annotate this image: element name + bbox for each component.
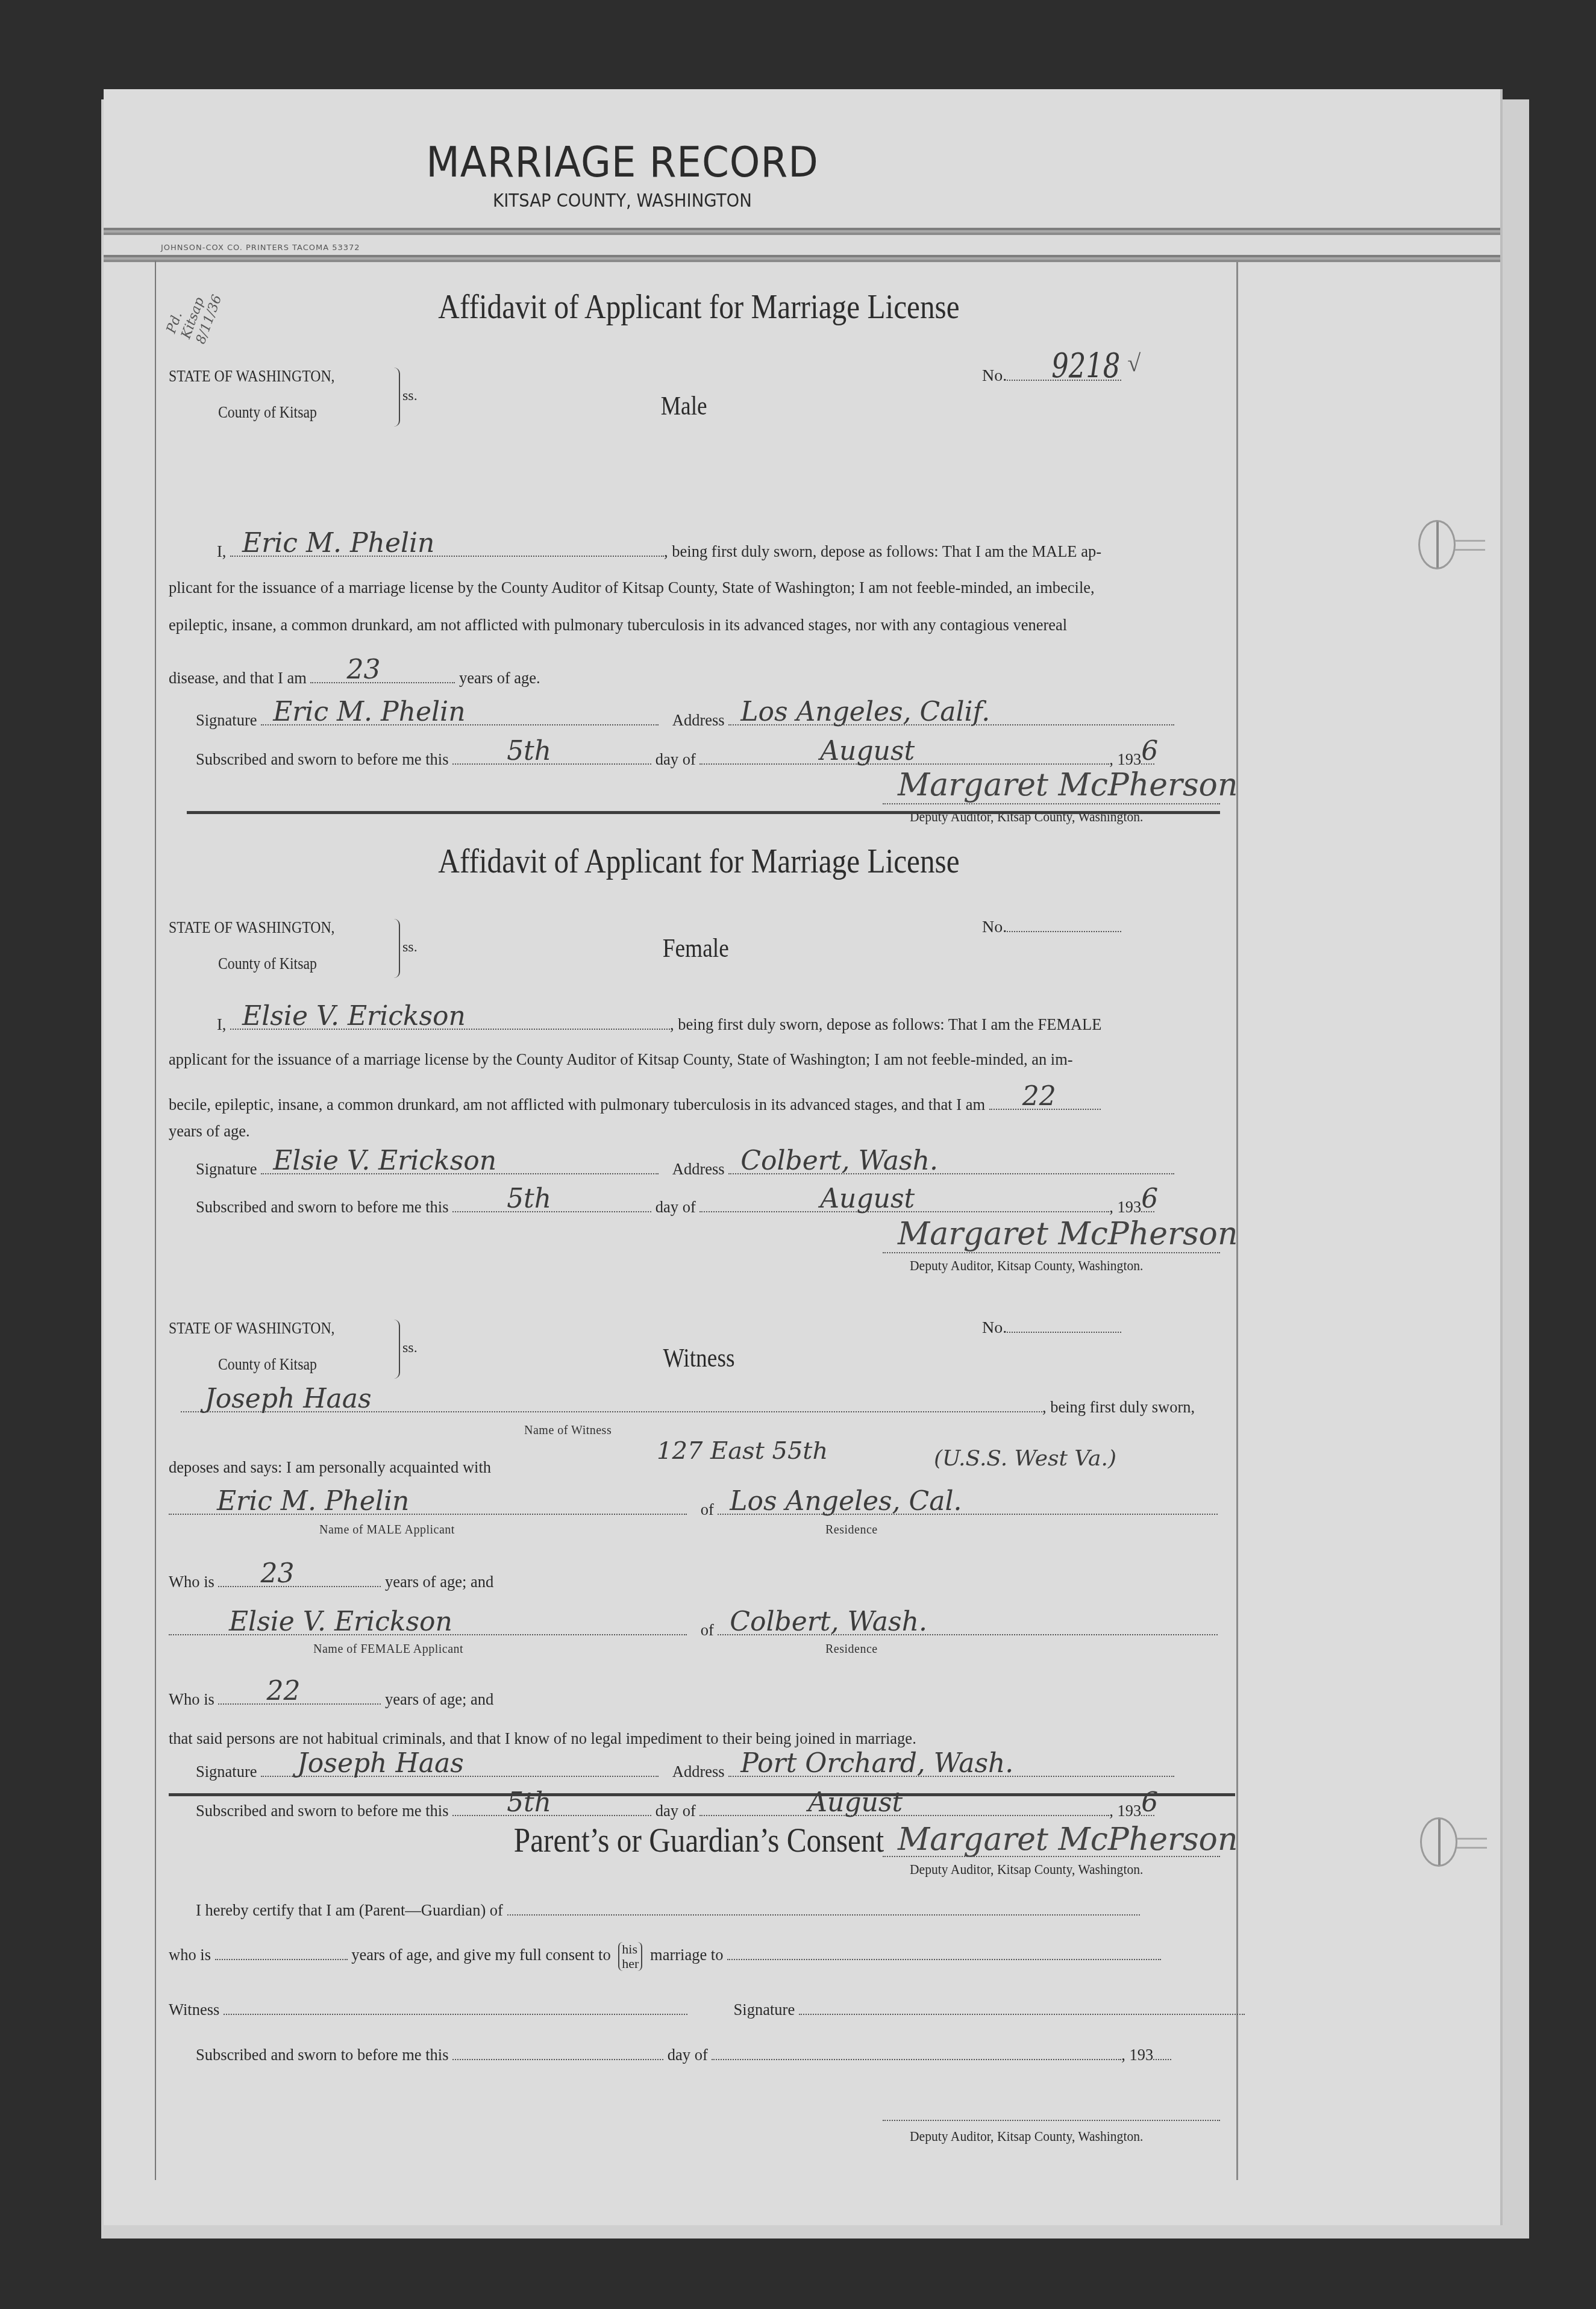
female-signature-value: Elsie V. Erickson (273, 1148, 496, 1174)
deputy-signature-line[interactable] (883, 803, 1220, 804)
brace (392, 919, 400, 978)
witness-female-age-value: 22 (266, 1678, 300, 1705)
binding-ring-icon (1420, 1817, 1457, 1867)
county-label: County of Kitsap (218, 954, 317, 974)
signature-label: Signature (196, 1762, 257, 1781)
address-label: Address (672, 711, 725, 729)
marriage-record-page: MARRIAGE RECORD KITSAP COUNTY, WASHINGTO… (104, 89, 1503, 2225)
male-address-field[interactable]: Los Angeles, Calif. (728, 710, 1174, 725)
residence-caption: Residence (825, 1643, 878, 1656)
body-text: applicant for the issuance of a marriage… (169, 1049, 1229, 1070)
who-is-label: Who is (169, 1690, 214, 1708)
residence-caption: Residence (825, 1523, 878, 1537)
male-signature-value: Eric M. Phelin (273, 699, 465, 725)
witness-male-residence-field[interactable]: Los Angeles, Cal. (718, 1499, 1218, 1515)
witness-name-caption: Name of Witness (524, 1424, 612, 1438)
license-number-value: 9218 (1051, 349, 1120, 383)
female-year-field[interactable]: 6 (1141, 1197, 1154, 1212)
day-of-label: day of (656, 750, 696, 768)
ss-label: ss. (402, 1338, 418, 1358)
binding-ring-stem (1457, 1838, 1487, 1849)
consent-sworn-day-field[interactable] (452, 2044, 663, 2060)
body-text: , being first duly sworn, depose as foll… (670, 1015, 1101, 1033)
license-number-input[interactable] (1007, 1321, 1121, 1333)
female-name-value: Elsie V. Erickson (242, 1003, 466, 1030)
printer-mark: JOHNSON-COX CO. PRINTERS TACOMA 53372 (161, 243, 360, 252)
intro-text: I, (217, 542, 226, 560)
left-margin-rule (155, 261, 156, 2180)
signature-label: Signature (196, 1160, 257, 1178)
years-and-label: years of age; and (385, 1690, 493, 1708)
year-prefix: , 193 (1109, 750, 1141, 768)
page-subtitle: KITSAP COUNTY, WASHINGTON (0, 190, 1266, 211)
deputy-signature: Margaret McPherson (898, 767, 1238, 803)
witness-female-name-value: Elsie V. Erickson (229, 1609, 452, 1635)
body-text: I hereby certify that I am (Parent—Guard… (196, 1901, 503, 1919)
consent-age-field[interactable] (215, 1944, 348, 1960)
male-age-line: Who is 23 years of age; and (169, 1571, 1229, 1592)
subscribed-label: Subscribed and sworn to before me this (196, 750, 449, 768)
body-text: , being first duly sworn, depose as foll… (664, 542, 1101, 560)
license-number-field: No. (982, 1318, 1121, 1338)
subscribed-label: Subscribed and sworn to before me this (196, 1198, 449, 1216)
female-age-field[interactable]: 22 (989, 1094, 1101, 1110)
witness-name-value: Joseph Haas (205, 1386, 372, 1412)
female-age-line: becile, epileptic, insane, a common drun… (169, 1094, 1229, 1115)
male-name-line: I, Eric M. Phelin, being first duly swor… (169, 541, 1229, 562)
female-residence-value: Colbert, Wash. (730, 1609, 927, 1635)
ss-label: ss. (402, 937, 418, 957)
sworn-month-value: August (820, 738, 915, 765)
no-label: No. (982, 1318, 1007, 1337)
consent-line-3: Witness Signature (169, 1999, 1229, 2020)
female-address-value: Colbert, Wash. (740, 1148, 938, 1174)
female-sworn-line: Subscribed and sworn to before me this 5… (169, 1197, 1229, 1217)
binding-ring-stem (1455, 540, 1485, 551)
female-name-field[interactable]: Elsie V. Erickson (230, 1014, 670, 1030)
subscribed-label: Subscribed and sworn to before me this (196, 1802, 449, 1820)
witness-sworn-line: Subscribed and sworn to before me this 5… (169, 1800, 1229, 1821)
male-signature-line: Signature Eric M. Phelin Address Los Ang… (169, 710, 1229, 730)
witness-sworn-month-field[interactable]: August (699, 1800, 1109, 1816)
consent-signature-field[interactable] (799, 1999, 1245, 2015)
body-text: years of age. (169, 1121, 1229, 1141)
no-label: No. (982, 918, 1007, 936)
year-prefix: , 193 (1109, 1198, 1141, 1216)
female-name-line: I, Elsie V. Erickson, being first duly s… (169, 1014, 1229, 1035)
subscribed-label: Subscribed and sworn to before me this (196, 2046, 449, 2064)
witness-male-name-field[interactable]: Eric M. Phelin (169, 1499, 687, 1515)
male-signature-field[interactable]: Eric M. Phelin (261, 710, 659, 725)
consent-line-1: I hereby certify that I am (Parent—Guard… (169, 1900, 1229, 1920)
body-text: epileptic, insane, a common drunkard, am… (169, 615, 1229, 635)
title-block: MARRIAGE RECORD KITSAP COUNTY, WASHINGTO… (104, 89, 1503, 246)
female-signature-line: Signature Elsie V. Erickson Address Colb… (169, 1159, 1229, 1179)
female-age-value: 22 (1022, 1083, 1056, 1110)
county-label: County of Kitsap (218, 1355, 317, 1375)
male-sworn-month-field[interactable]: August (699, 749, 1109, 765)
header-rule-top (104, 228, 1503, 235)
state-label: STATE OF WASHINGTON, (169, 918, 335, 938)
her-option[interactable]: her (622, 1957, 639, 1971)
witness-signature-line: Signature Joseph Haas Address Port Orcha… (169, 1761, 1229, 1782)
witness-name-line: Joseph Haas, being first duly sworn, (169, 1397, 1229, 1417)
female-signature-field[interactable]: Elsie V. Erickson (261, 1159, 659, 1174)
witness-name-field[interactable]: Joseph Haas (181, 1397, 1042, 1412)
consent-child-name-field[interactable] (507, 1900, 1140, 1916)
year-digit-value: 6 (1141, 1186, 1158, 1212)
male-label: Male (661, 390, 707, 421)
state-label: STATE OF WASHINGTON, (169, 1318, 335, 1339)
intro-text: I, (217, 1015, 226, 1033)
his-option[interactable]: his (622, 1942, 639, 1957)
body-text: , being first duly sworn, (1042, 1398, 1195, 1416)
who-is-label: Who is (169, 1573, 214, 1591)
witness-signature-value: Joseph Haas (297, 1750, 464, 1777)
body-text: that said persons are not habitual crimi… (169, 1728, 1229, 1749)
male-name-value: Eric M. Phelin (242, 530, 434, 557)
address-label: Address (672, 1160, 725, 1178)
witness-label: Witness (169, 2000, 219, 2019)
male-sworn-line: Subscribed and sworn to before me this 5… (169, 749, 1229, 769)
male-age-value: 23 (346, 657, 380, 683)
license-number-field: No. (982, 918, 1121, 937)
witness-address-field[interactable]: Port Orchard, Wash. (728, 1761, 1174, 1777)
deputy-title: Deputy Auditor, Kitsap County, Washingto… (910, 1862, 1143, 1878)
body-text: plicant for the issuance of a marriage l… (169, 577, 1229, 598)
male-residence-value: Los Angeles, Cal. (730, 1488, 962, 1515)
of-label: of (701, 1621, 714, 1639)
witness-label: Witness (663, 1342, 735, 1373)
signature-label: Signature (196, 711, 257, 729)
female-age-line: Who is 22 years of age; and (169, 1689, 1229, 1709)
female-sworn-day-field[interactable]: 5th (452, 1197, 651, 1212)
male-section-title: Affidavit of Applicant for Marriage Lice… (233, 288, 1166, 327)
deputy-signature-line[interactable] (883, 1252, 1220, 1253)
male-address-value: Los Angeles, Calif. (740, 699, 990, 725)
year-prefix: , 193 (1121, 2046, 1153, 2064)
no-label: No. (982, 366, 1007, 385)
sworn-day-value: 5th (507, 1186, 551, 1212)
sworn-day-value: 5th (507, 738, 551, 765)
body-text: years of age, and give my full consent t… (351, 1946, 611, 1964)
section-divider (187, 811, 1220, 814)
deputy-title: Deputy Auditor, Kitsap County, Washingto… (910, 2129, 1143, 2145)
day-of-label: day of (656, 1802, 696, 1820)
consent-section-title: Parent’s or Guardian’s Consent (233, 1822, 1166, 1860)
header-rule-bottom (104, 255, 1503, 262)
male-name-field[interactable]: Eric M. Phelin (230, 541, 664, 557)
signature-label: Signature (734, 2000, 795, 2019)
sworn-month-value: August (820, 1186, 915, 1212)
of-label: of (701, 1500, 714, 1518)
consent-sworn-line: Subscribed and sworn to before me this d… (169, 2044, 1229, 2065)
page-title: MARRIAGE RECORD (0, 137, 1266, 187)
year-digit-value: 6 (1141, 738, 1158, 765)
consent-year-field[interactable] (1153, 2044, 1171, 2060)
consent-line-2: who is years of age, and give my full co… (169, 1942, 1229, 1971)
witness-male-name-value: Eric M. Phelin (217, 1488, 409, 1515)
witness-male-age-field[interactable]: 23 (218, 1571, 381, 1587)
male-age-line: disease, and that I am 23 years of age. (169, 668, 1229, 688)
license-number-input[interactable] (1007, 920, 1121, 932)
male-age-field[interactable]: 23 (310, 668, 455, 683)
brace (392, 368, 400, 427)
section-divider (169, 1793, 1235, 1796)
female-sworn-month-field[interactable]: August (699, 1197, 1109, 1212)
consent-spouse-field[interactable] (727, 1944, 1161, 1960)
consent-witness-field[interactable] (224, 1999, 687, 2015)
page-edge (1500, 89, 1503, 2225)
binding-ring-icon (1418, 520, 1456, 569)
female-address-field[interactable]: Colbert, Wash. (728, 1159, 1174, 1174)
witness-female-residence-field[interactable]: Colbert, Wash. (718, 1620, 1218, 1635)
female-label: Female (663, 933, 729, 963)
witness-signature-field[interactable]: Joseph Haas (261, 1761, 659, 1777)
male-applicant-caption: Name of MALE Applicant (319, 1523, 455, 1537)
years-and-label: years of age; and (385, 1573, 493, 1591)
witness-male-age-value: 23 (260, 1561, 294, 1587)
state-label: STATE OF WASHINGTON, (169, 366, 335, 387)
address-label: Address (672, 1762, 725, 1781)
his-her-selector[interactable]: hisher (618, 1942, 642, 1971)
deputy-signature: Margaret McPherson (898, 1216, 1238, 1252)
license-number-input[interactable]: 9218√ (1007, 369, 1121, 381)
body-text: becile, epileptic, insane, a common drun… (169, 1095, 985, 1114)
consent-sworn-month-field[interactable] (712, 2044, 1121, 2060)
check-mark-icon: √ (1127, 349, 1141, 377)
who-is-label: who is (169, 1946, 211, 1964)
body-text: marriage to (650, 1946, 723, 1964)
license-number-field: No.9218√ (982, 366, 1121, 386)
female-applicant-line: Elsie V. Erickson of Colbert, Wash. (169, 1620, 1229, 1640)
county-label: County of Kitsap (218, 403, 317, 423)
male-sworn-day-field[interactable]: 5th (452, 749, 651, 765)
witness-female-age-field[interactable]: 22 (218, 1689, 381, 1705)
witness-year-field[interactable]: 6 (1141, 1800, 1154, 1816)
female-section-title: Affidavit of Applicant for Marriage Lice… (233, 842, 1166, 881)
male-year-field[interactable]: 6 (1141, 749, 1154, 765)
deputy-title: Deputy Auditor, Kitsap County, Washingto… (910, 1258, 1143, 1274)
witness-address-value: Port Orchard, Wash. (740, 1750, 1013, 1777)
day-of-label: day of (668, 2046, 708, 2064)
witness-female-name-field[interactable]: Elsie V. Erickson (169, 1620, 687, 1635)
year-prefix: , 193 (1109, 1802, 1141, 1820)
body-text: years of age. (459, 669, 540, 687)
female-applicant-caption: Name of FEMALE Applicant (313, 1643, 463, 1656)
witness-sworn-day-field[interactable]: 5th (452, 1800, 651, 1816)
male-applicant-line: Eric M. Phelin of Los Angeles, Cal. (169, 1499, 1229, 1520)
brace (392, 1320, 400, 1379)
ss-label: ss. (402, 386, 418, 406)
body-text: disease, and that I am (169, 669, 307, 687)
day-of-label: day of (656, 1198, 696, 1216)
deputy-signature-line[interactable] (883, 2120, 1220, 2121)
